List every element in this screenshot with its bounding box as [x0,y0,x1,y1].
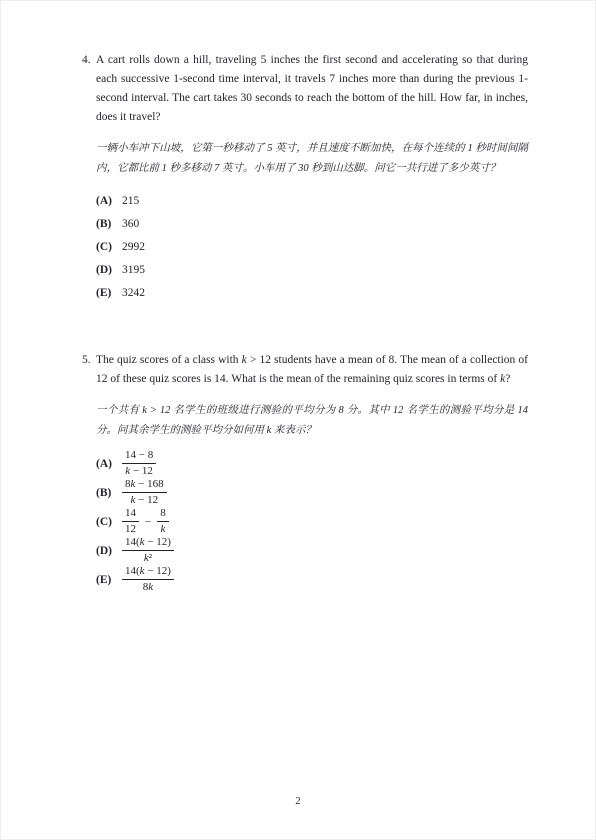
choice-row: (A) 14 − 8k − 12 [96,449,528,478]
fraction: 1412 [122,507,139,536]
choice-row: (D) 14(k − 12)k² [96,536,528,565]
fraction-numerator: 14 − 8 [122,449,156,464]
choice-label: (E) [96,282,122,305]
choice-value: 2992 [122,236,145,259]
fraction: 8k [157,507,169,536]
choice-label: (A) [96,458,122,470]
choice-row: (E) 3242 [96,282,528,305]
fraction-numerator: 14(k − 12) [122,565,174,580]
question-5-text-chinese: 一个共有 k > 12 名学生的班级进行测验的平均分为 8 分。其中 12 名学… [96,401,528,440]
choice-expression: 14 − 8k − 12 [122,449,156,478]
fraction-numerator: 14 [122,507,139,522]
fraction-numerator: 8 [157,507,169,522]
fraction: 14(k − 12)k² [122,536,174,565]
choice-row: (E) 14(k − 12)8k [96,565,528,594]
choice-value: 215 [122,190,139,213]
question-4-text-english: A cart rolls down a hill, traveling 5 in… [96,51,528,127]
choice-expression: 1412−8k [122,507,169,536]
choice-value: 360 [122,213,139,236]
choice-expression: 8k − 168k − 12 [122,478,167,507]
choice-row: (D) 3195 [96,259,528,282]
choice-label: (A) [96,190,122,213]
question-4-body: A cart rolls down a hill, traveling 5 in… [96,51,528,305]
choice-label: (C) [96,236,122,259]
fraction-denominator: k² [122,551,174,565]
choice-value: 3195 [122,259,145,282]
fraction-denominator: k − 12 [122,464,156,478]
choice-label: (E) [96,574,122,586]
fraction-numerator: 8k − 168 [122,478,167,493]
choice-label: (C) [96,516,122,528]
question-4-number: 4. [82,51,96,305]
choice-label: (B) [96,213,122,236]
question-4: 4. A cart rolls down a hill, traveling 5… [82,51,528,305]
fraction: 14 − 8k − 12 [122,449,156,478]
fraction-denominator: k − 12 [122,493,167,507]
choice-label: (D) [96,259,122,282]
choice-row: (B) 360 [96,213,528,236]
choice-value: 3242 [122,282,145,305]
choice-expression: 14(k − 12)8k [122,565,174,594]
fraction-denominator: 12 [122,522,139,536]
question-5: 5. The quiz scores of a class with k > 1… [82,351,528,594]
choice-expression: 14(k − 12)k² [122,536,174,565]
choice-row: (B) 8k − 168k − 12 [96,478,528,507]
choice-row: (A) 215 [96,190,528,213]
document-page: 4. A cart rolls down a hill, traveling 5… [0,0,596,840]
page-content: 4. A cart rolls down a hill, traveling 5… [82,51,528,594]
fraction-denominator: 8k [122,580,174,594]
choice-row: (C) 2992 [96,236,528,259]
choice-row: (C) 1412−8k [96,507,528,536]
question-4-text-chinese: 一辆小车冲下山坡，它第一秒移动了 5 英寸，并且速度不断加快，在每个连续的 1 … [96,139,528,178]
question-5-number: 5. [82,351,96,594]
fraction: 14(k − 12)8k [122,565,174,594]
fraction-numerator: 14(k − 12) [122,536,174,551]
fraction-denominator: k [157,522,169,536]
minus-operator: − [144,516,152,528]
question-5-choices: (A) 14 − 8k − 12 (B) 8k − 168k − 12 (C) … [96,449,528,594]
question-5-text-english: The quiz scores of a class with k > 12 s… [96,351,528,389]
choice-label: (D) [96,545,122,557]
page-number-footer: 2 [1,796,595,807]
choice-label: (B) [96,487,122,499]
question-5-body: The quiz scores of a class with k > 12 s… [96,351,528,594]
fraction: 8k − 168k − 12 [122,478,167,507]
question-4-choices: (A) 215 (B) 360 (C) 2992 (D) 3195 [96,190,528,305]
